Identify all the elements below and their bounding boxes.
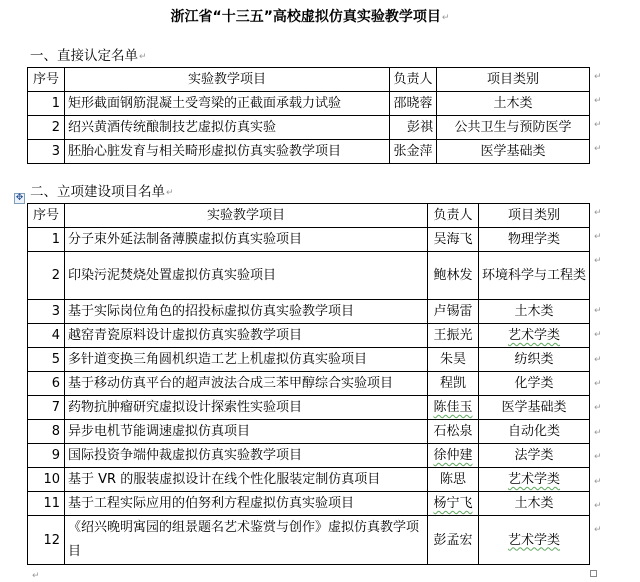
- cell-leader: 邵晓蓉: [390, 92, 437, 116]
- cell-no: 6: [28, 372, 65, 396]
- table-resize-handle[interactable]: [590, 570, 597, 577]
- row-end-mark: ↵: [594, 379, 602, 389]
- header-leader: 负责人: [390, 68, 437, 92]
- cell-leader: 鲍林发: [428, 252, 479, 300]
- row-end-mark: ↵: [594, 428, 602, 438]
- table-row: 12 《绍兴晚明寓园的组景题名艺术鉴赏与创作》虚拟仿真教学项目 彭孟宏 艺术学类: [28, 516, 590, 565]
- cell-leader: 陈佳玉: [433, 400, 472, 415]
- header-category: 项目类别: [437, 68, 590, 92]
- row-end-mark: ↵: [594, 477, 602, 487]
- cell-project: 基于实际岗位角色的招投标虚拟仿真实验教学项目: [65, 300, 428, 324]
- cell-no: 2: [28, 116, 65, 140]
- approved-projects-table: 序号 实验教学项目 负责人 项目类别 1 分子束外延法制备薄膜虚拟仿真实验项目 …: [27, 203, 590, 565]
- cell-no: 4: [28, 324, 65, 348]
- cell-no: 1: [28, 228, 65, 252]
- cell-leader: 彭孟宏: [428, 516, 479, 565]
- section2-heading-text: 二、立项建设项目名单: [30, 184, 165, 200]
- cell-project: 矩形截面钢筋混凝土受弯梁的正截面承载力试验: [65, 92, 390, 116]
- header-leader: 负责人: [428, 204, 479, 228]
- table-row: 4 越窑青瓷原料设计虚拟仿真实验教学项目 王振光 艺术学类: [28, 324, 590, 348]
- cell-leader: 朱昊: [428, 348, 479, 372]
- cell-no: 3: [28, 140, 65, 164]
- table-move-handle-icon[interactable]: ✥: [14, 193, 25, 204]
- table-row: 2 绍兴黄酒传统酿制技艺虚拟仿真实验 彭祺 公共卫生与预防医学: [28, 116, 590, 140]
- cell-category: 艺术学类: [508, 328, 560, 343]
- document-title: 浙江省“十三五”高校虚拟仿真实验教学项目↵: [0, 6, 620, 26]
- cell-category: 土木类: [479, 300, 590, 324]
- cell-project: 越窑青瓷原料设计虚拟仿真实验教学项目: [65, 324, 428, 348]
- row-end-mark: ↵: [594, 72, 602, 82]
- cell-leader: 程凯: [428, 372, 479, 396]
- cell-no: 2: [28, 252, 65, 300]
- cell-leader: 卢锡雷: [428, 300, 479, 324]
- cell-project: 基于移动仿真平台的超声波法合成三苯甲醇综合实验项目: [65, 372, 428, 396]
- cell-project: 《绍兴晚明寓园的组景题名艺术鉴赏与创作》虚拟仿真教学项目: [65, 516, 428, 565]
- table-row: 7 药物抗肿瘤研究虚拟设计探索性实验项目 陈佳玉 医学基础类: [28, 396, 590, 420]
- table-row: 8 异步电机节能调速虚拟仿真项目 石松泉 自动化类: [28, 420, 590, 444]
- row-end-mark: ↵: [594, 403, 602, 413]
- table-row: 9 国际投资争端仲裁虚拟仿真实验教学项目 徐仲建 法学类: [28, 444, 590, 468]
- section2-heading: 二、立项建设项目名单↵: [30, 180, 174, 200]
- cell-no: 1: [28, 92, 65, 116]
- table-row: 1 分子束外延法制备薄膜虚拟仿真实验项目 吴海飞 物理学类: [28, 228, 590, 252]
- table-row: 6 基于移动仿真平台的超声波法合成三苯甲醇综合实验项目 程凯 化学类: [28, 372, 590, 396]
- cell-project: 药物抗肿瘤研究虚拟设计探索性实验项目: [65, 396, 428, 420]
- cell-leader: 彭祺: [390, 116, 437, 140]
- cell-project: 印染污泥焚烧处置虚拟仿真实验项目: [65, 252, 428, 300]
- document-title-text: 浙江省“十三五”高校虚拟仿真实验教学项目: [171, 9, 441, 25]
- table-row: 2 印染污泥焚烧处置虚拟仿真实验项目 鲍林发 环境科学与工程类: [28, 252, 590, 300]
- cell-category: 土木类: [437, 92, 590, 116]
- cell-category: 土木类: [479, 492, 590, 516]
- cell-category: 化学类: [479, 372, 590, 396]
- row-end-mark: ↵: [594, 232, 602, 242]
- cell-no: 11: [28, 492, 65, 516]
- direct-approval-table: 序号 实验教学项目 负责人 项目类别 1 矩形截面钢筋混凝土受弯梁的正截面承载力…: [27, 67, 590, 164]
- cell-no: 7: [28, 396, 65, 420]
- cell-no: 10: [28, 468, 65, 492]
- table-row: 11 基于工程实际应用的伯努利方程虚拟仿真实验项目 杨宁飞 土木类: [28, 492, 590, 516]
- table-row: 10 基于 VR 的服装虚拟设计在线个性化服装定制仿真项目 陈思 艺术学类: [28, 468, 590, 492]
- cell-project: 多针道变换三角圆机织造工艺上机虚拟仿真实验项目: [65, 348, 428, 372]
- header-no: 序号: [28, 204, 65, 228]
- paragraph-mark: ↵: [442, 13, 450, 23]
- cell-project: 基于工程实际应用的伯努利方程虚拟仿真实验项目: [65, 492, 428, 516]
- table-row: 1 矩形截面钢筋混凝土受弯梁的正截面承载力试验 邵晓蓉 土木类: [28, 92, 590, 116]
- cell-leader: 吴海飞: [428, 228, 479, 252]
- cell-category: 环境科学与工程类: [479, 252, 590, 300]
- cell-category: 公共卫生与预防医学: [437, 116, 590, 140]
- row-end-mark: ↵: [594, 256, 602, 266]
- header-project: 实验教学项目: [65, 68, 390, 92]
- cell-category: 艺术学类: [508, 472, 560, 487]
- cell-project: 国际投资争端仲裁虚拟仿真实验教学项目: [65, 444, 428, 468]
- cell-project: 分子束外延法制备薄膜虚拟仿真实验项目: [65, 228, 428, 252]
- cell-no: 12: [28, 516, 65, 565]
- cell-category: 法学类: [479, 444, 590, 468]
- table-row: 3 胚胎心脏发育与相关畸形虚拟仿真实验教学项目 张金萍 医学基础类: [28, 140, 590, 164]
- row-end-mark: ↵: [594, 330, 602, 340]
- row-end-mark: ↵: [594, 120, 602, 130]
- row-end-mark: ↵: [594, 144, 602, 154]
- header-no: 序号: [28, 68, 65, 92]
- cell-leader: 石松泉: [428, 420, 479, 444]
- header-category: 项目类别: [479, 204, 590, 228]
- cell-project: 绍兴黄酒传统酿制技艺虚拟仿真实验: [65, 116, 390, 140]
- cell-category: 医学基础类: [479, 396, 590, 420]
- cell-project: 异步电机节能调速虚拟仿真项目: [65, 420, 428, 444]
- section1-heading-text: 一、直接认定名单: [30, 48, 138, 64]
- cell-project: 基于 VR 的服装虚拟设计在线个性化服装定制仿真项目: [65, 468, 428, 492]
- cell-leader: 杨宁飞: [433, 496, 472, 511]
- cell-no: 3: [28, 300, 65, 324]
- table-header-row: 序号 实验教学项目 负责人 项目类别: [28, 68, 590, 92]
- row-end-mark: ↵: [594, 501, 602, 511]
- table-header-row: 序号 实验教学项目 负责人 项目类别: [28, 204, 590, 228]
- cell-no: 8: [28, 420, 65, 444]
- row-end-mark: ↵: [594, 208, 602, 218]
- cell-no: 9: [28, 444, 65, 468]
- paragraph-mark: ↵: [166, 188, 174, 198]
- cell-leader: 王振光: [428, 324, 479, 348]
- section1-heading: 一、直接认定名单↵: [30, 44, 147, 64]
- cell-leader: 张金萍: [390, 140, 437, 164]
- row-end-mark: ↵: [594, 355, 602, 365]
- cell-category: 医学基础类: [437, 140, 590, 164]
- row-end-mark: ↵: [594, 525, 602, 535]
- cell-category: 艺术学类: [508, 533, 560, 548]
- table-row: 3 基于实际岗位角色的招投标虚拟仿真实验教学项目 卢锡雷 土木类: [28, 300, 590, 324]
- table-row: 5 多针道变换三角圆机织造工艺上机虚拟仿真实验项目 朱昊 纺织类: [28, 348, 590, 372]
- cell-no: 5: [28, 348, 65, 372]
- row-end-mark: ↵: [594, 96, 602, 106]
- cell-leader: 徐仲建: [433, 448, 472, 463]
- row-end-mark: ↵: [594, 452, 602, 462]
- header-project: 实验教学项目: [65, 204, 428, 228]
- paragraph-mark: ↵: [32, 571, 40, 581]
- cell-category: 纺织类: [479, 348, 590, 372]
- row-end-mark: ↵: [594, 306, 602, 316]
- cell-category: 物理学类: [479, 228, 590, 252]
- cell-project: 胚胎心脏发育与相关畸形虚拟仿真实验教学项目: [65, 140, 390, 164]
- cell-category: 自动化类: [479, 420, 590, 444]
- paragraph-mark: ↵: [139, 52, 147, 62]
- cell-leader: 陈思: [428, 468, 479, 492]
